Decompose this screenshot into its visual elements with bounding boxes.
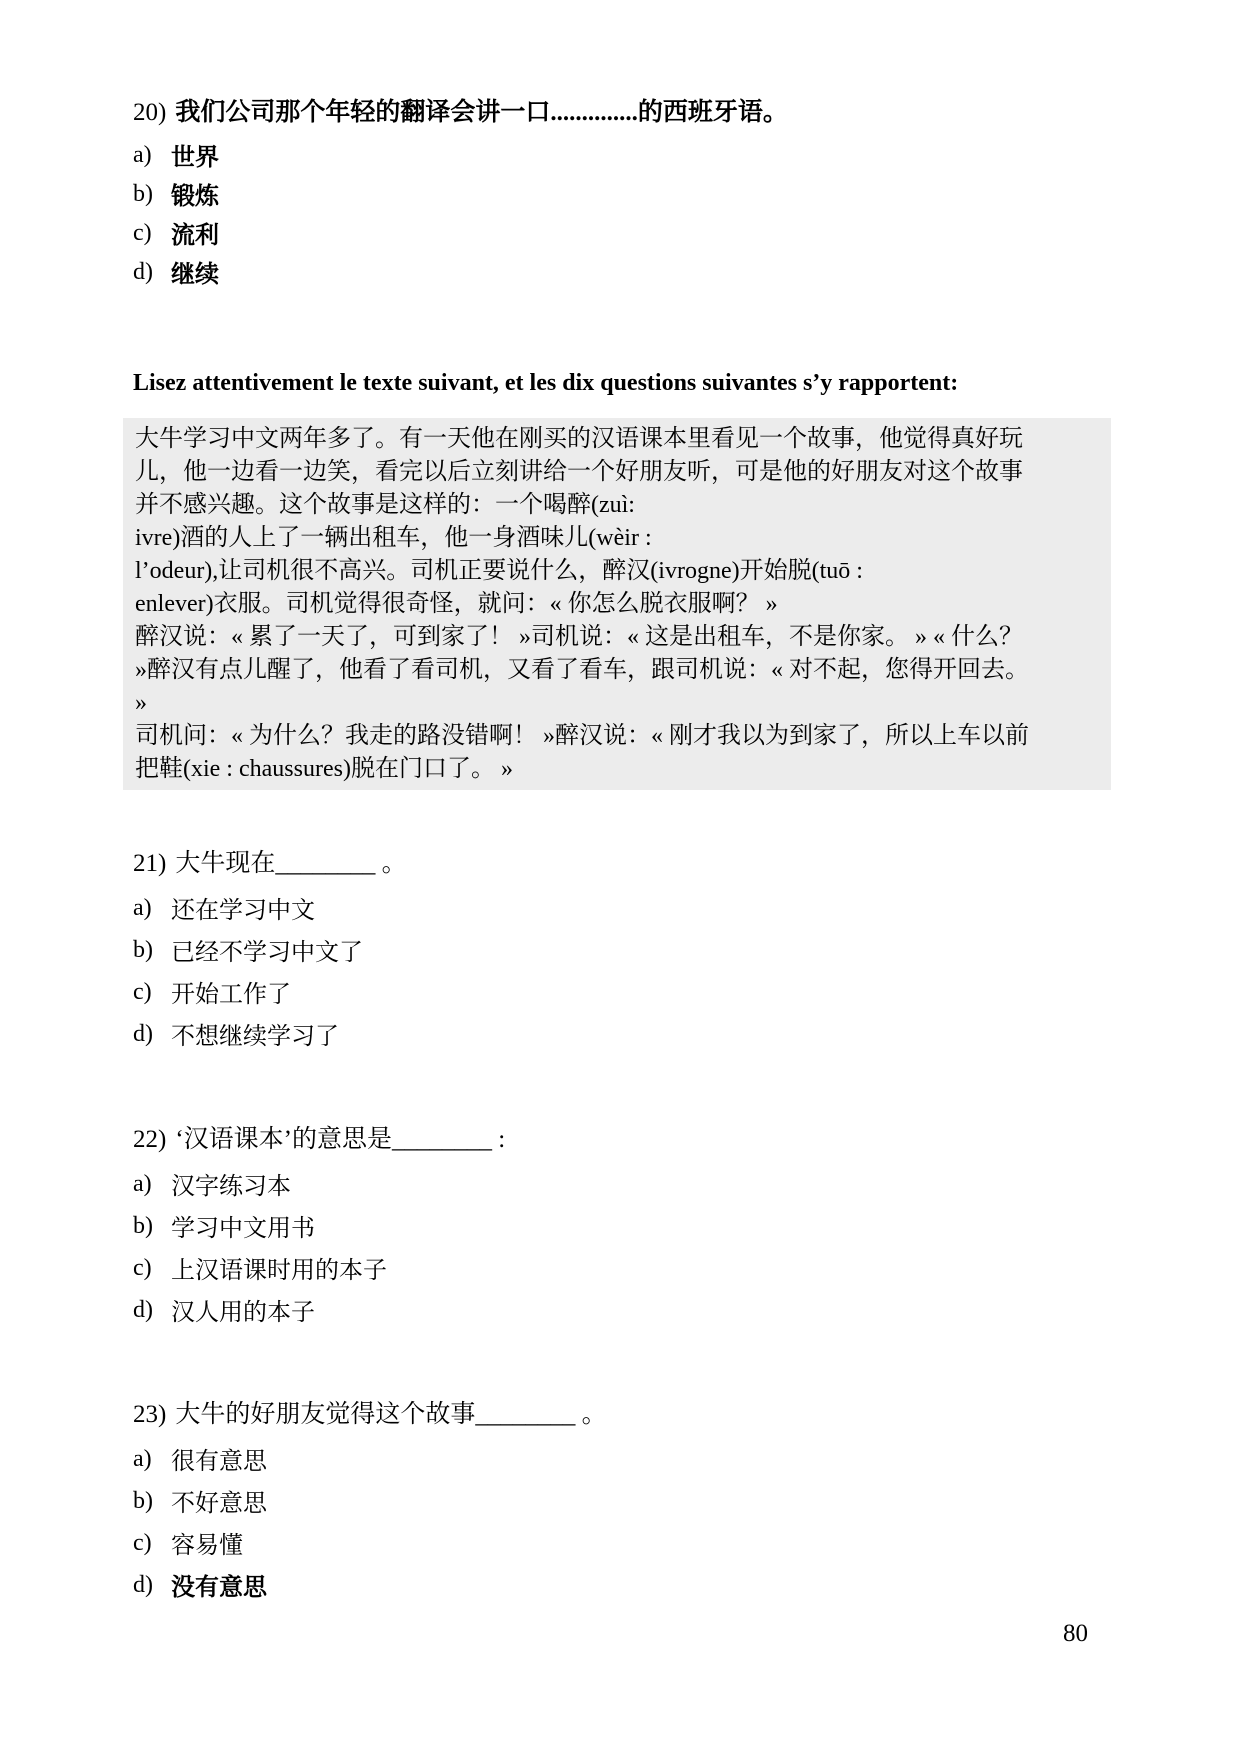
question-20: 20)我们公司那个年轻的翻译会讲一口..............的西班牙语。 a… bbox=[133, 98, 788, 286]
question-line: 23)大牛的好朋友觉得这个故事________ 。 bbox=[133, 1400, 607, 1429]
option-letter: a) bbox=[133, 1445, 171, 1473]
option-letter: a) bbox=[133, 1170, 171, 1198]
option-b: b) 学习中文用书 bbox=[133, 1212, 505, 1240]
option-c: c) 流利 bbox=[133, 219, 788, 247]
option-d: d) 继续 bbox=[133, 258, 788, 286]
question-text: 我们公司那个年轻的翻译会讲一口..............的西班牙语。 bbox=[175, 99, 788, 126]
option-a: a) 很有意思 bbox=[133, 1445, 607, 1473]
option-text: 世界 bbox=[171, 144, 219, 172]
option-letter: d) bbox=[133, 258, 171, 286]
option-c: c) 上汉语课时用的本子 bbox=[133, 1254, 505, 1282]
question-number: 23) bbox=[133, 1400, 166, 1429]
passage-line: 儿，他一边看一边笑，看完以后立刻讲给一个好朋友听，可是他的好朋友对这个故事 bbox=[135, 456, 1099, 489]
passage-line: » bbox=[135, 687, 1099, 720]
option-letter: c) bbox=[133, 1254, 171, 1282]
option-d: d) 没有意思 bbox=[133, 1571, 607, 1599]
question-text: 大牛现在________ 。 bbox=[175, 850, 406, 877]
option-text: 学习中文用书 bbox=[171, 1215, 315, 1243]
question-text: 大牛的好朋友觉得这个故事________ 。 bbox=[175, 1401, 606, 1428]
option-text: 还在学习中文 bbox=[171, 897, 315, 925]
option-a: a) 世界 bbox=[133, 141, 788, 169]
question-number: 21) bbox=[133, 849, 166, 878]
option-letter: b) bbox=[133, 1487, 171, 1515]
question-21: 21)大牛现在________ 。 a) 还在学习中文 b) 已经不学习中文了 … bbox=[133, 849, 407, 1048]
option-letter: c) bbox=[133, 978, 171, 1006]
question-line: 22)‘汉语课本’的意思是________ : bbox=[133, 1125, 505, 1154]
question-number: 20) bbox=[133, 98, 166, 127]
passage-line: enlever)衣服。司机觉得很奇怪，就问：« 你怎么脱衣服啊？ » bbox=[135, 588, 1099, 621]
reading-passage: 大牛学习中文两年多了。有一天他在刚买的汉语课本里看见一个故事，他觉得真好玩 儿，… bbox=[123, 418, 1111, 790]
option-letter: c) bbox=[133, 219, 171, 247]
question-number: 22) bbox=[133, 1125, 166, 1154]
page-number: 80 bbox=[1063, 1620, 1088, 1648]
option-c: c) 开始工作了 bbox=[133, 978, 407, 1006]
option-letter: a) bbox=[133, 894, 171, 922]
question-22: 22)‘汉语课本’的意思是________ : a) 汉字练习本 b) 学习中文… bbox=[133, 1125, 505, 1324]
option-letter: d) bbox=[133, 1296, 171, 1324]
option-b: b) 锻炼 bbox=[133, 180, 788, 208]
option-text: 很有意思 bbox=[171, 1448, 267, 1476]
option-c: c) 容易懂 bbox=[133, 1529, 607, 1557]
question-text: ‘汉语课本’的意思是________ : bbox=[175, 1126, 505, 1153]
question-line: 21)大牛现在________ 。 bbox=[133, 849, 407, 878]
option-text: 流利 bbox=[171, 222, 219, 250]
passage-line: 司机问：« 为什么？我走的路没错啊！ »醉汉说：« 刚才我以为到家了，所以上车以… bbox=[135, 720, 1099, 753]
option-text: 锻炼 bbox=[171, 183, 219, 211]
option-text: 开始工作了 bbox=[171, 981, 291, 1009]
passage-line: »醉汉有点儿醒了，他看了看司机，又看了看车，跟司机说：« 对不起，您得开回去。 bbox=[135, 654, 1099, 687]
passage-line: 并不感兴趣。这个故事是这样的：一个喝醉(zuì: bbox=[135, 489, 1099, 522]
option-text: 不想继续学习了 bbox=[171, 1023, 339, 1051]
option-a: a) 汉字练习本 bbox=[133, 1170, 505, 1198]
option-text: 上汉语课时用的本子 bbox=[171, 1257, 387, 1285]
option-b: b) 不好意思 bbox=[133, 1487, 607, 1515]
option-text: 汉字练习本 bbox=[171, 1173, 291, 1201]
option-text: 没有意思 bbox=[171, 1574, 267, 1602]
option-text: 已经不学习中文了 bbox=[171, 939, 363, 967]
option-text: 汉人用的本子 bbox=[171, 1299, 315, 1327]
option-d: d) 汉人用的本子 bbox=[133, 1296, 505, 1324]
option-letter: b) bbox=[133, 936, 171, 964]
instruction-heading: Lisez attentivement le texte suivant, et… bbox=[133, 370, 958, 397]
passage-line: ivre)酒的人上了一辆出租车，他一身酒味儿(wèir : bbox=[135, 522, 1099, 555]
option-letter: d) bbox=[133, 1020, 171, 1048]
passage-line: 醉汉说：« 累了一天了，可到家了！ »司机说：« 这是出租车，不是你家。 » «… bbox=[135, 621, 1099, 654]
option-letter: a) bbox=[133, 141, 171, 169]
option-text: 不好意思 bbox=[171, 1490, 267, 1518]
option-a: a) 还在学习中文 bbox=[133, 894, 407, 922]
option-b: b) 已经不学习中文了 bbox=[133, 936, 407, 964]
option-text: 继续 bbox=[171, 261, 219, 289]
option-letter: b) bbox=[133, 1212, 171, 1240]
question-23: 23)大牛的好朋友觉得这个故事________ 。 a) 很有意思 b) 不好意… bbox=[133, 1400, 607, 1599]
document-page: 20)我们公司那个年轻的翻译会讲一口..............的西班牙语。 a… bbox=[0, 0, 1240, 1754]
option-letter: b) bbox=[133, 180, 171, 208]
option-d: d) 不想继续学习了 bbox=[133, 1020, 407, 1048]
question-line: 20)我们公司那个年轻的翻译会讲一口..............的西班牙语。 bbox=[133, 98, 788, 127]
option-letter: d) bbox=[133, 1571, 171, 1599]
option-letter: c) bbox=[133, 1529, 171, 1557]
passage-line: 大牛学习中文两年多了。有一天他在刚买的汉语课本里看见一个故事，他觉得真好玩 bbox=[135, 423, 1099, 456]
passage-line: l’odeur),让司机很不高兴。司机正要说什么，醉汉(ivrogne)开始脱(… bbox=[135, 555, 1099, 588]
passage-line: 把鞋(xie : chaussures)脱在门口了。 » bbox=[135, 753, 1099, 786]
option-text: 容易懂 bbox=[171, 1532, 243, 1560]
